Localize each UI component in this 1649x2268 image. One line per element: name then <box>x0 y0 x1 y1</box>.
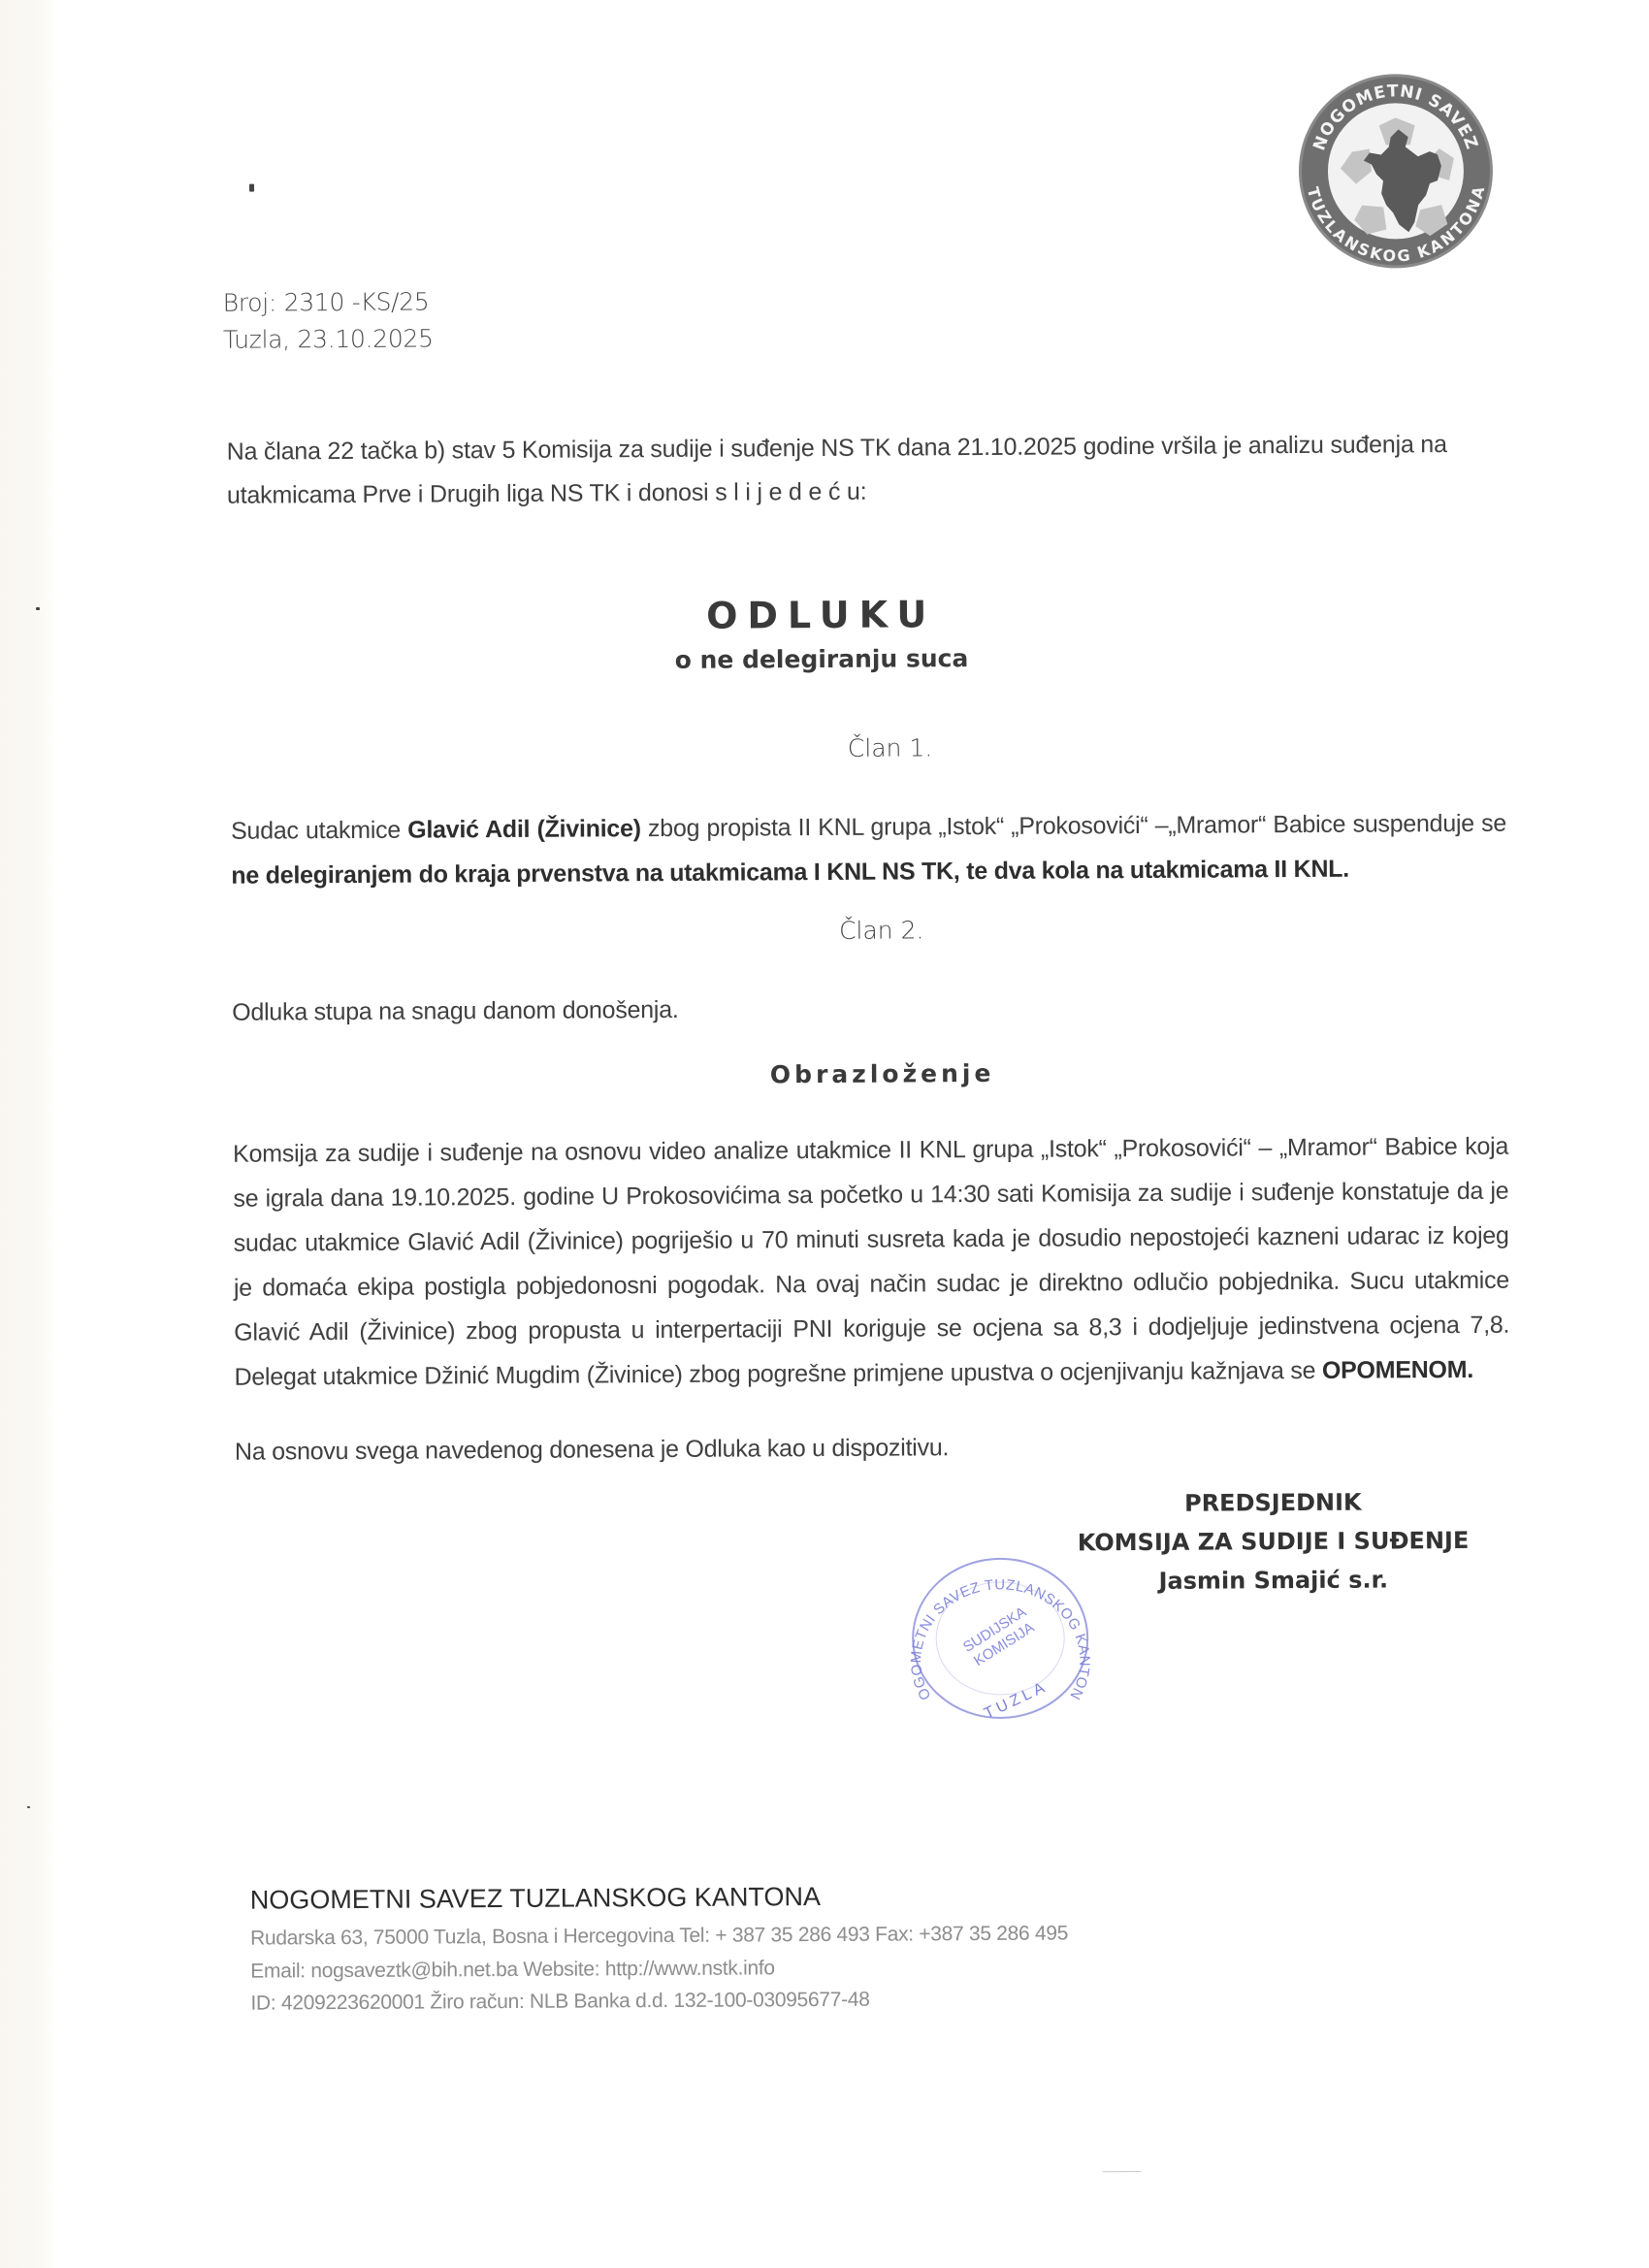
official-stamp-icon: NOGOMETNI SAVEZ TUZLANSKOG KANTONA SUDIJ… <box>903 1552 1098 1728</box>
suspension-terms: ne delegiranjem do kraja prvenstva na ut… <box>231 856 1349 890</box>
signatory-name: Jasmin Smajić s.r. <box>1051 1566 1497 1596</box>
article-1-text: Sudac utakmice Glavić Adil (Živinice) zb… <box>231 801 1507 898</box>
referee-name: Glavić Adil (Živinice) <box>407 815 641 843</box>
article-1-text-part: Sudac utakmice <box>231 817 407 845</box>
reference-number: Broj: 2310 -KS/25 <box>223 283 434 321</box>
association-crest-icon: NOGOMETNI SAVEZ TUZLANSKOG KANTONA <box>1293 69 1498 274</box>
decision-title: ODLUKU <box>628 593 1016 637</box>
article-2-text: Odluka stupa na snagu danom donošenja. <box>232 983 1507 1035</box>
explanation-conclusion: Na osnovu svega navedenog donesena je Od… <box>235 1422 1510 1474</box>
intro-paragraph: Na člana 22 tačka b) stav 5 Komisija za … <box>227 423 1479 518</box>
footer-organization: NOGOMETNI SAVEZ TUZLANSKOG KANTONA <box>250 1882 821 1916</box>
footer-contact: Email: nogsaveztk@bih.net.ba Website: ht… <box>250 1957 775 1983</box>
signature-title: PREDSJEDNIK <box>1050 1488 1496 1518</box>
scan-speck <box>249 184 254 192</box>
decision-subtitle: o ne delegiranju suca <box>628 644 1016 674</box>
scan-mark <box>1103 2171 1142 2172</box>
penalty-warning: OPOMENOM. <box>1322 1356 1473 1384</box>
document-page: NOGOMETNI SAVEZ TUZLANSKOG KANTONA Broj:… <box>0 0 1649 2268</box>
document-reference: Broj: 2310 -KS/25 Tuzla, 23.10.2025 <box>223 283 434 358</box>
signature-body: KOMSIJA ZA SUDIJE I SUĐENJE <box>1050 1527 1496 1557</box>
footer-bank: ID: 4209223620001 Žiro račun: NLB Banka … <box>250 1989 869 2016</box>
place-date: Tuzla, 23.10.2025 <box>223 320 434 358</box>
explanation-text: Komsija za sudije i suđenje na osnovu vi… <box>233 1124 1510 1400</box>
article-1-text-part: zbog propista II KNL grupa „Istok“ „Prok… <box>641 810 1506 842</box>
footer-address: Rudarska 63, 75000 Tuzla, Bosna i Herceg… <box>250 1922 1068 1950</box>
article-2-heading: Član 2. <box>785 916 979 945</box>
article-1-heading: Član 1. <box>792 733 986 762</box>
explanation-text-part: Komsija za sudije i suđenje na osnovu vi… <box>233 1133 1509 1391</box>
explanation-heading: Obrazloženje <box>718 1059 1048 1089</box>
